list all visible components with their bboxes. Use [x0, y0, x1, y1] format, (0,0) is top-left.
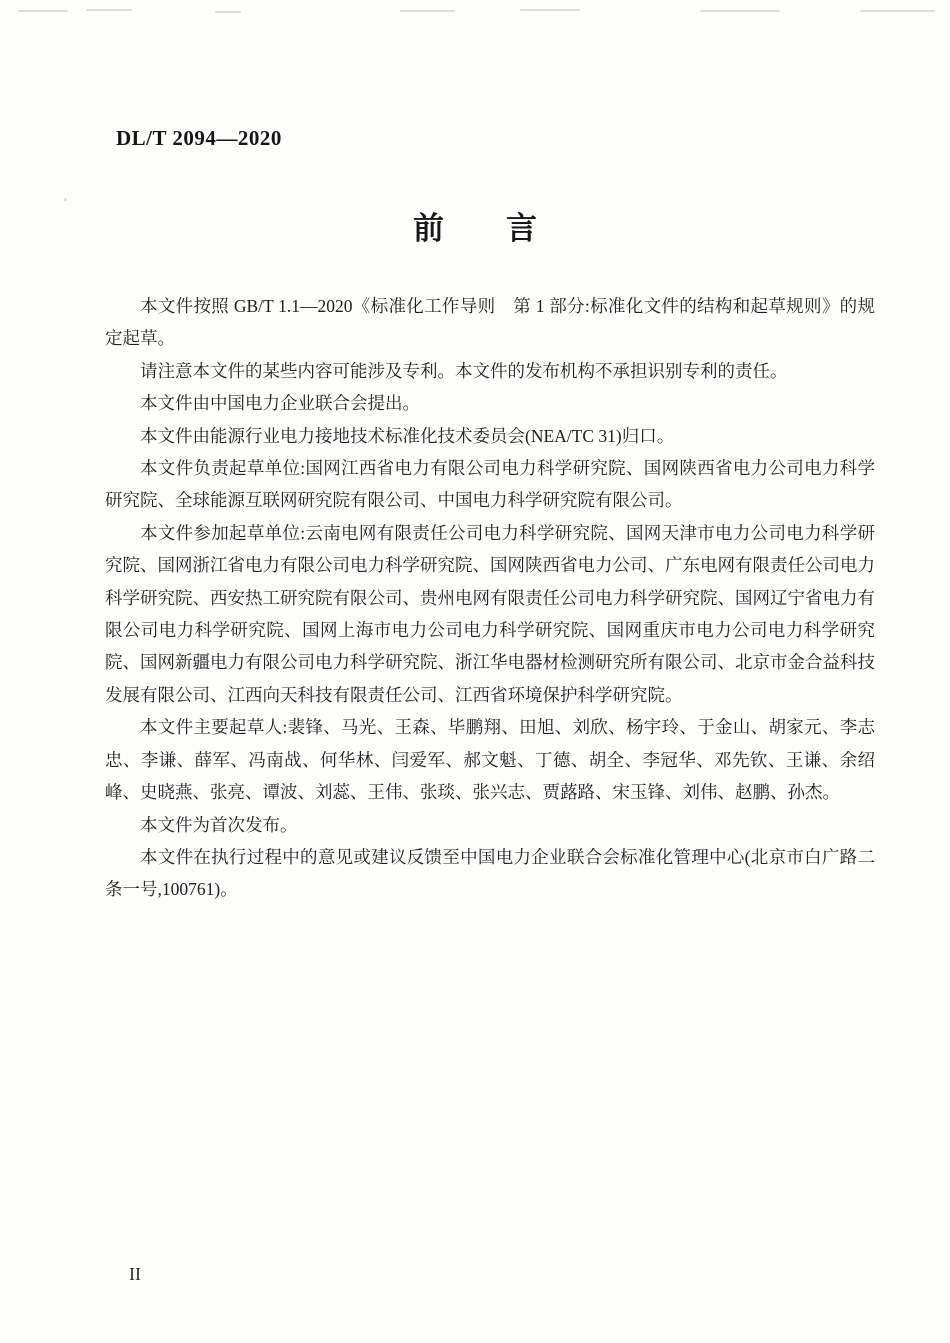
paragraph-lead-drafting-units: 本文件负责起草单位:国网江西省电力有限公司电力科学研究院、国网陕西省电力公司电力…: [105, 452, 875, 517]
page-number: II: [129, 1264, 141, 1285]
scan-artifact: [18, 10, 68, 12]
paragraph-participating-units: 本文件参加起草单位:云南电网有限责任公司电力科学研究院、国网天津市电力公司电力科…: [105, 517, 875, 711]
scan-artifact: [700, 10, 780, 12]
standard-number: DL/T 2094—2020: [116, 126, 282, 151]
scan-artifact: [64, 198, 67, 201]
paragraph-committee: 本文件由能源行业电力接地技术标准化技术委员会(NEA/TC 31)归口。: [105, 420, 875, 452]
paragraph-feedback-address: 本文件在执行过程中的意见或建议反馈至中国电力企业联合会标准化管理中心(北京市白广…: [105, 841, 875, 906]
scan-artifact: [860, 10, 935, 12]
page-title: 前 言: [0, 203, 950, 248]
scan-artifact: [520, 9, 580, 11]
scan-artifact: [215, 11, 241, 13]
paragraph-proposer: 本文件由中国电力企业联合会提出。: [105, 387, 875, 419]
paragraph-drafting-basis: 本文件按照 GB/T 1.1—2020《标准化工作导则 第 1 部分:标准化文件…: [105, 290, 875, 355]
paragraph-first-release: 本文件为首次发布。: [105, 809, 875, 841]
scan-artifact: [86, 9, 132, 11]
scan-artifact: [400, 10, 455, 12]
paragraph-patent-notice: 请注意本文件的某些内容可能涉及专利。本文件的发布机构不承担识别专利的责任。: [105, 355, 875, 387]
document-page: DL/T 2094—2020 前 言 本文件按照 GB/T 1.1—2020《标…: [0, 0, 950, 1343]
document-body: 本文件按照 GB/T 1.1—2020《标准化工作导则 第 1 部分:标准化文件…: [105, 290, 875, 906]
paragraph-main-drafters: 本文件主要起草人:裴锋、马光、王森、毕鹏翔、田旭、刘欣、杨宇玲、于金山、胡家元、…: [105, 711, 875, 808]
